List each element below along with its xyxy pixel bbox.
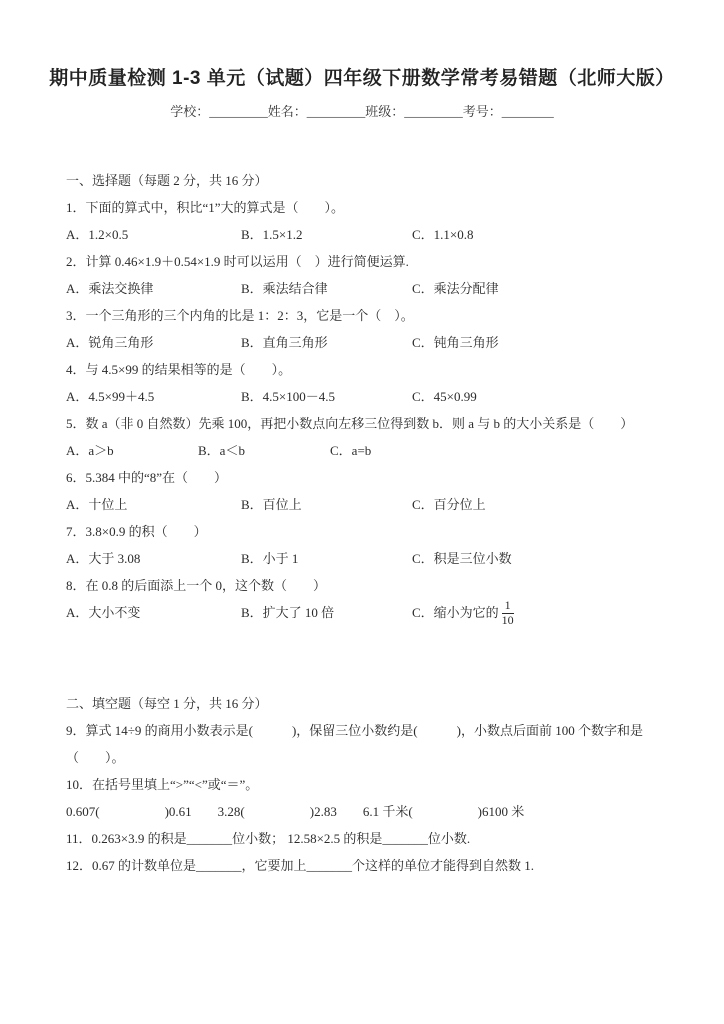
question-text: 12．0.67 的计数单位是_______，它要加上_______个这样的单位才… — [66, 852, 694, 879]
exam-content: 一、选择题（每题 2 分，共 16 分）1．下面的算式中，积比“1”大的算式是（… — [66, 167, 694, 879]
exam-page: 期中质量检测 1-3 单元（试题）四年级下册数学常考易错题（北师大版） 学校：_… — [0, 0, 724, 1024]
option: A．大于 3.08 — [66, 545, 140, 572]
section: 二、填空题（每空 1 分，共 16 分）9．算式 14÷9 的商用小数表示是( … — [66, 690, 694, 879]
option: B．乘法结合律 — [241, 275, 328, 302]
option: C．百分位上 — [412, 491, 486, 518]
question-text: 2．计算 0.46×1.9＋0.54×1.9 时可以运用（ ）进行简便运算. — [66, 248, 694, 275]
option: C．钝角三角形 — [412, 329, 499, 356]
page-title: 期中质量检测 1-3 单元（试题）四年级下册数学常考易错题（北师大版） — [0, 0, 724, 90]
question-text: （ ）。 — [66, 744, 694, 771]
option: A．锐角三角形 — [66, 329, 153, 356]
question-text: 1．下面的算式中，积比“1”大的算式是（ ）。 — [66, 194, 694, 221]
question-text: 5．数 a（非 0 自然数）先乘 100，再把小数点向左移三位得到数 b．则 a… — [66, 410, 694, 437]
question-text: 6．5.384 中的“8”在（ ） — [66, 464, 694, 491]
option: C．45×0.99 — [412, 383, 477, 410]
option: C．a=b — [330, 437, 371, 464]
section-heading: 一、选择题（每题 2 分，共 16 分） — [66, 167, 694, 194]
option: B．4.5×100－4.5 — [241, 383, 335, 410]
option: C．缩小为它的110 — [412, 599, 514, 628]
option: B．扩大了 10 倍 — [241, 599, 334, 626]
option: B．小于 1 — [241, 545, 298, 572]
fraction-numerator: 1 — [502, 599, 514, 614]
options-row: A．4.5×99＋4.5B．4.5×100－4.5C．45×0.99 — [66, 383, 694, 410]
option: A．大小不变 — [66, 599, 140, 626]
option: A．1.2×0.5 — [66, 221, 128, 248]
question-text: 10．在括号里填上“>”“<”或“＝”。 — [66, 771, 694, 798]
options-row: A．十位上B．百位上C．百分位上 — [66, 491, 694, 518]
options-row: A．大于 3.08B．小于 1C．积是三位小数 — [66, 545, 694, 572]
option: A．4.5×99＋4.5 — [66, 383, 154, 410]
question-text: 9．算式 14÷9 的商用小数表示是( )，保留三位小数约是( )，小数点后面前… — [66, 717, 694, 744]
question-text: 4．与 4.5×99 的结果相等的是（ ）。 — [66, 356, 694, 383]
question-text: 8．在 0.8 的后面添上一个 0，这个数（ ） — [66, 572, 694, 599]
option: C．乘法分配律 — [412, 275, 499, 302]
fraction: 110 — [502, 599, 514, 628]
question-text: 7．3.8×0.9 的积（ ） — [66, 518, 694, 545]
option: A．a＞b — [66, 437, 114, 464]
option: C．1.1×0.8 — [412, 221, 474, 248]
options-row: A．1.2×0.5B．1.5×1.2C．1.1×0.8 — [66, 221, 694, 248]
question-text: 0.607( )0.61 3.28( )2.83 6.1 千米( )6100 米 — [66, 798, 694, 825]
section: 一、选择题（每题 2 分，共 16 分）1．下面的算式中，积比“1”大的算式是（… — [66, 167, 694, 626]
options-row: A．a＞bB．a＜bC．a=b — [66, 437, 694, 464]
options-row: A．锐角三角形B．直角三角形C．钝角三角形 — [66, 329, 694, 356]
option: A．十位上 — [66, 491, 127, 518]
option: B．直角三角形 — [241, 329, 328, 356]
option-text: C．缩小为它的 — [412, 605, 499, 620]
option: B．百位上 — [241, 491, 302, 518]
option: A．乘法交换律 — [66, 275, 153, 302]
question-text: 11．0.263×3.9 的积是_______位小数； 12.58×2.5 的积… — [66, 825, 694, 852]
options-row: A．大小不变B．扩大了 10 倍C．缩小为它的110 — [66, 599, 694, 626]
student-info-line: 学校：_________姓名：_________班级：_________考号：_… — [0, 101, 724, 120]
section-heading: 二、填空题（每空 1 分，共 16 分） — [66, 690, 694, 717]
fraction-denominator: 10 — [502, 614, 514, 628]
option: B．1.5×1.2 — [241, 221, 303, 248]
option: B．a＜b — [198, 437, 245, 464]
question-text: 3．一个三角形的三个内角的比是 1：2：3，它是一个（ ）。 — [66, 302, 694, 329]
options-row: A．乘法交换律B．乘法结合律C．乘法分配律 — [66, 275, 694, 302]
option: C．积是三位小数 — [412, 545, 512, 572]
